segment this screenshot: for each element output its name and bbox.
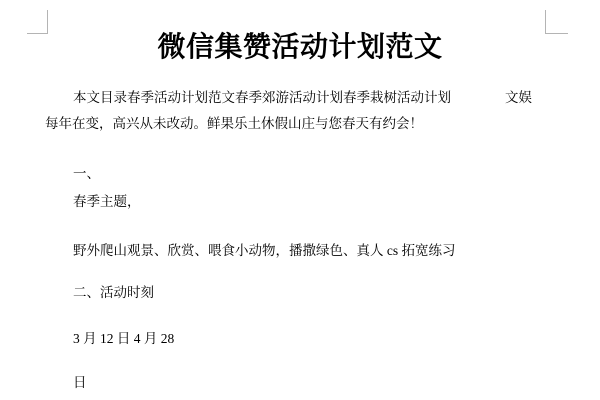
paragraph-line: 3 月 12 日 4 月 28 bbox=[73, 329, 174, 349]
paragraph-line: 春季主题， bbox=[73, 192, 141, 212]
paragraph-line: 野外爬山观景、欣赏、喂食小动物，播撒绿色、真人 cs 拓宽练习 bbox=[73, 241, 456, 261]
list-item-heading: 二、活动时刻 bbox=[73, 283, 154, 303]
list-item-heading: 一、 bbox=[73, 164, 100, 184]
paragraph-line: 每年在变，高兴从未改动。鲜果乐土休假山庄与您春天有约会！ bbox=[45, 114, 423, 134]
document-title: 微信集赞活动计划范文 bbox=[0, 31, 600, 65]
paragraph-line: 日 bbox=[73, 373, 87, 393]
paragraph-line: 本文目录春季活动计划范文春季郊游活动计划春季栽树活动计划 文娱 bbox=[73, 88, 532, 108]
document-page: 微信集赞活动计划范文 本文目录春季活动计划范文春季郊游活动计划春季栽树活动计划 … bbox=[0, 0, 600, 400]
